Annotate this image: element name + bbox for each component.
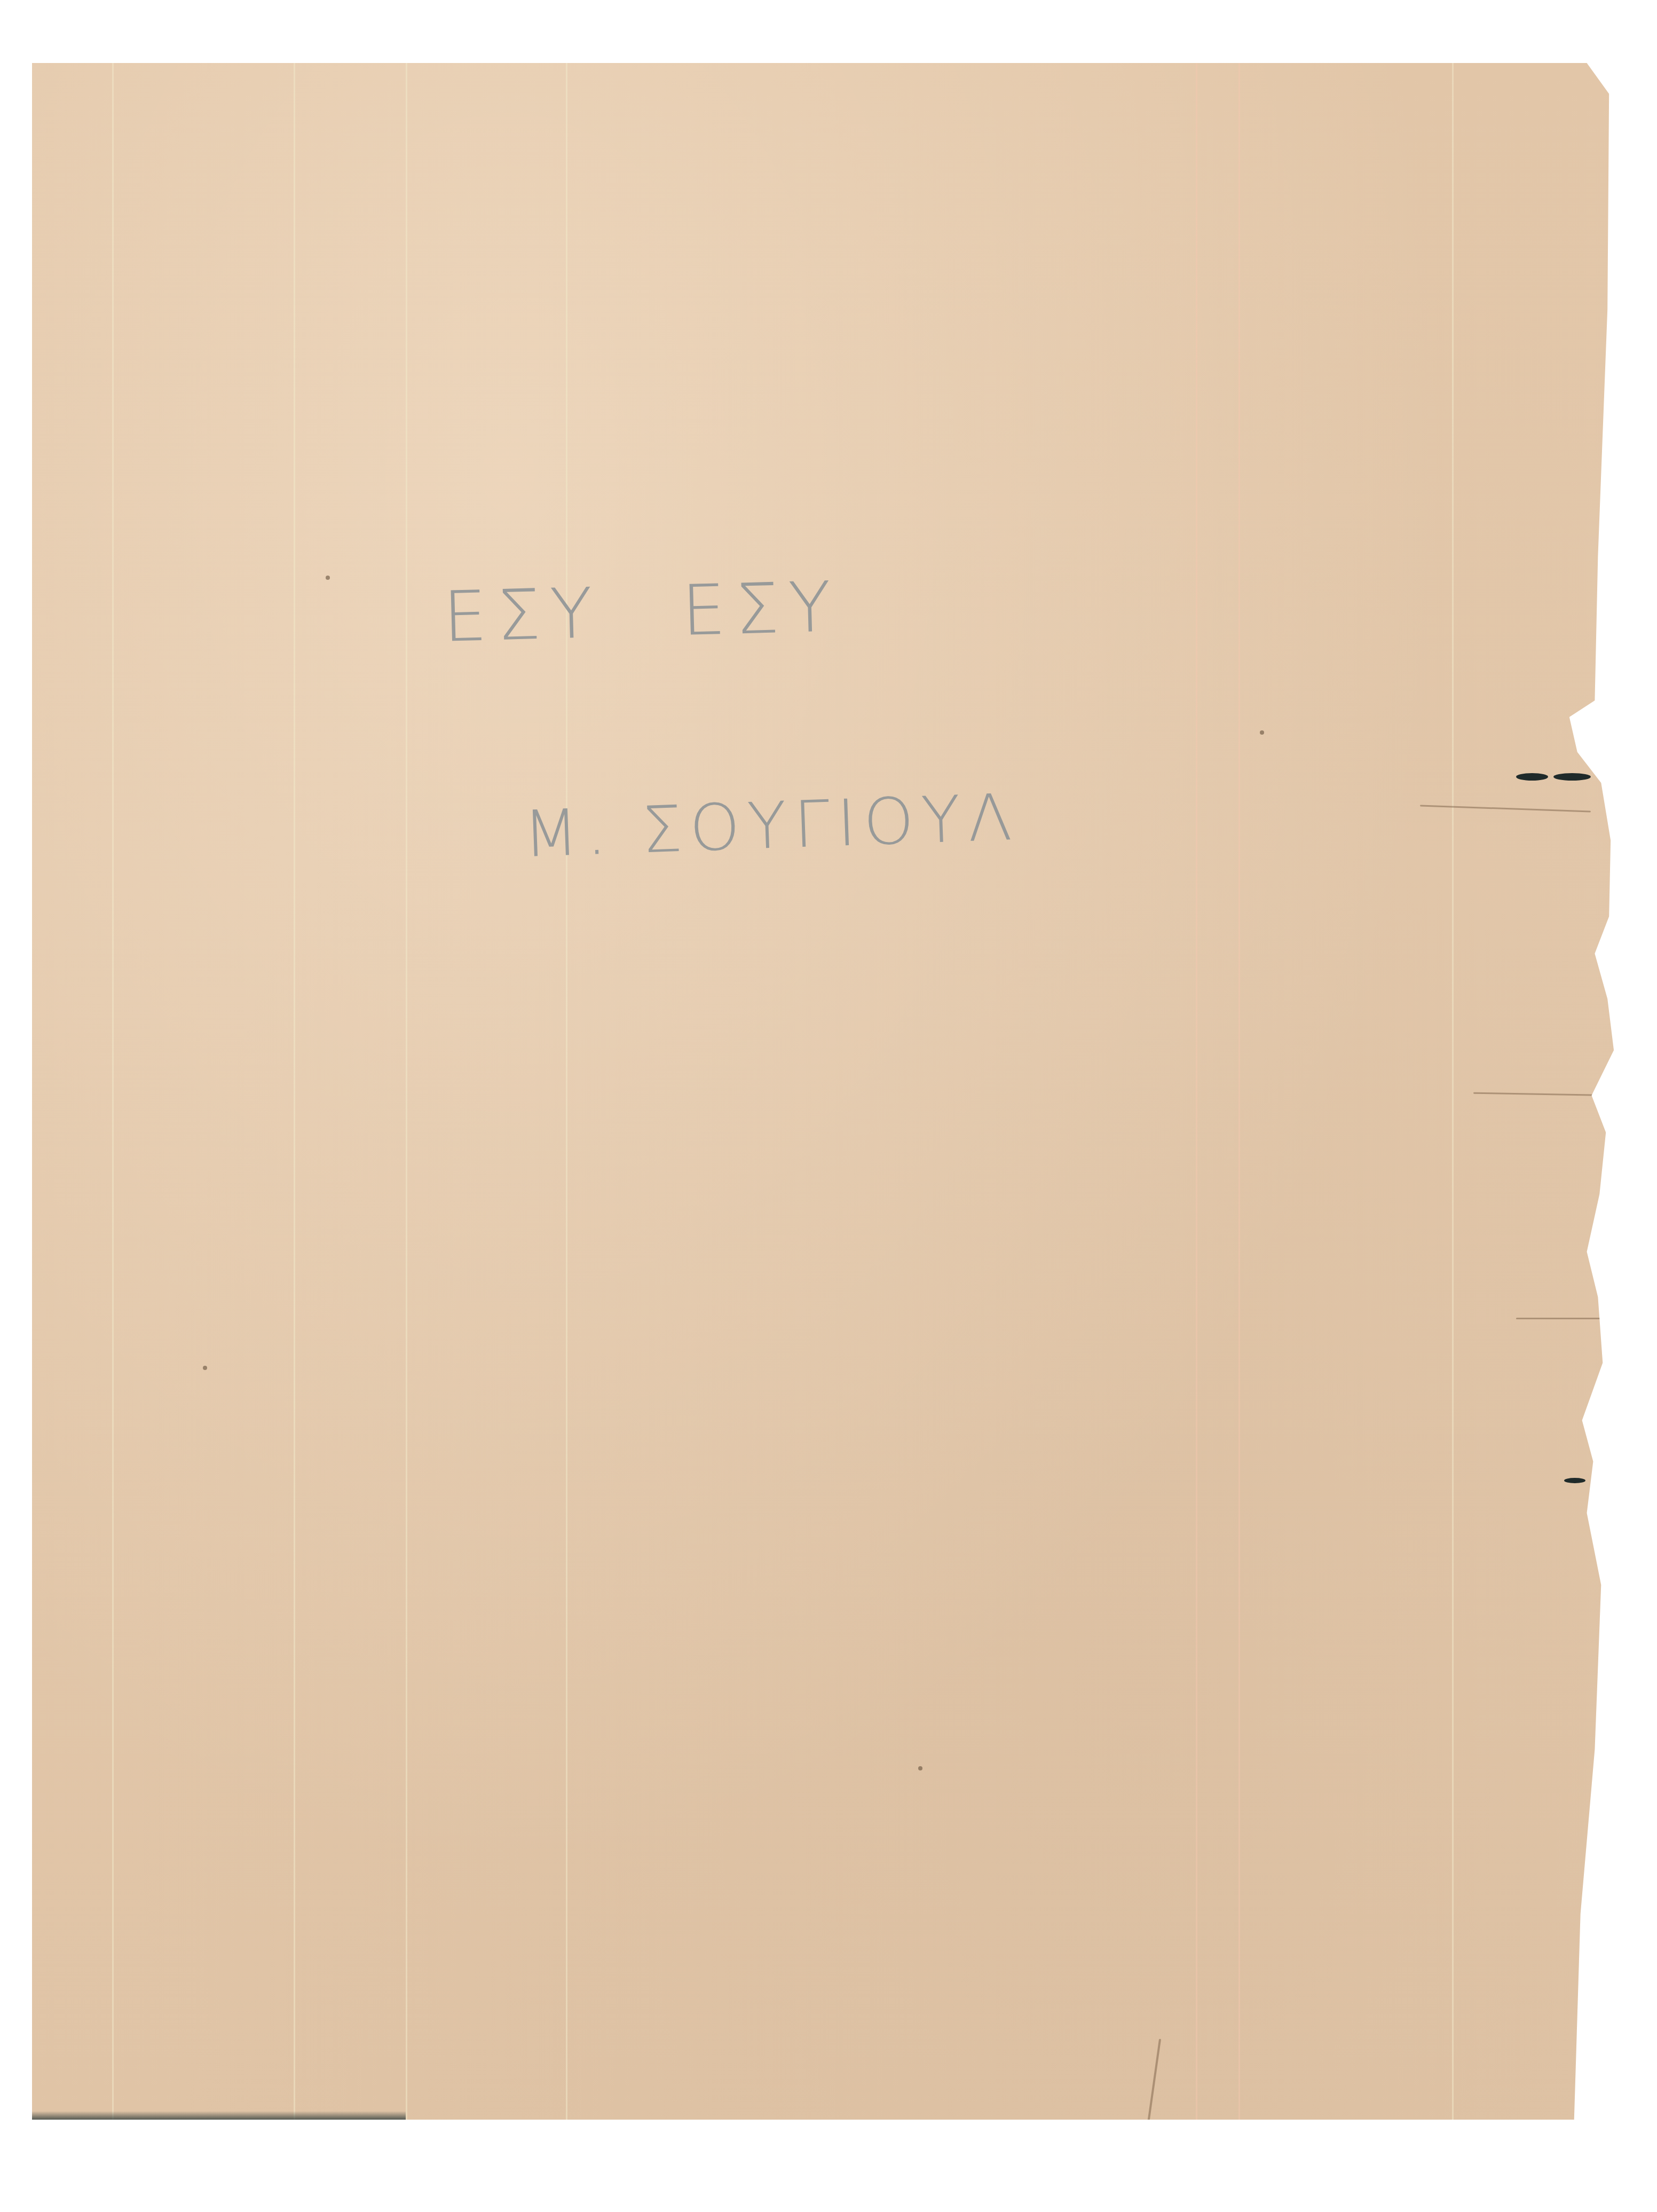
- paper-speck: [918, 1766, 922, 1770]
- paper-hole: [1516, 773, 1548, 781]
- paper-tear: [1420, 805, 1591, 812]
- ruled-line: [112, 63, 114, 2120]
- paper-tear: [1516, 1318, 1634, 1319]
- scanned-paper-sheet: [32, 63, 1620, 2120]
- paper-tear: [1473, 1092, 1612, 1097]
- paper-hole: [1564, 1478, 1585, 1483]
- paper-speck: [203, 1366, 207, 1370]
- ruled-line: [566, 63, 567, 2120]
- paper-hole: [1553, 773, 1591, 781]
- ruled-line: [1452, 63, 1454, 2120]
- scan-shadow: [32, 2111, 406, 2120]
- ruled-line: [1238, 63, 1240, 2120]
- paper-speck: [326, 576, 330, 580]
- ruled-line: [406, 63, 407, 2120]
- ruled-line: [294, 63, 295, 2120]
- paper-crease: [1147, 2039, 1161, 2124]
- paper-speck: [1260, 730, 1264, 735]
- ruled-line: [1196, 63, 1197, 2120]
- handwritten-line-1: ΕΣΥ ΕΣΥ: [442, 566, 841, 657]
